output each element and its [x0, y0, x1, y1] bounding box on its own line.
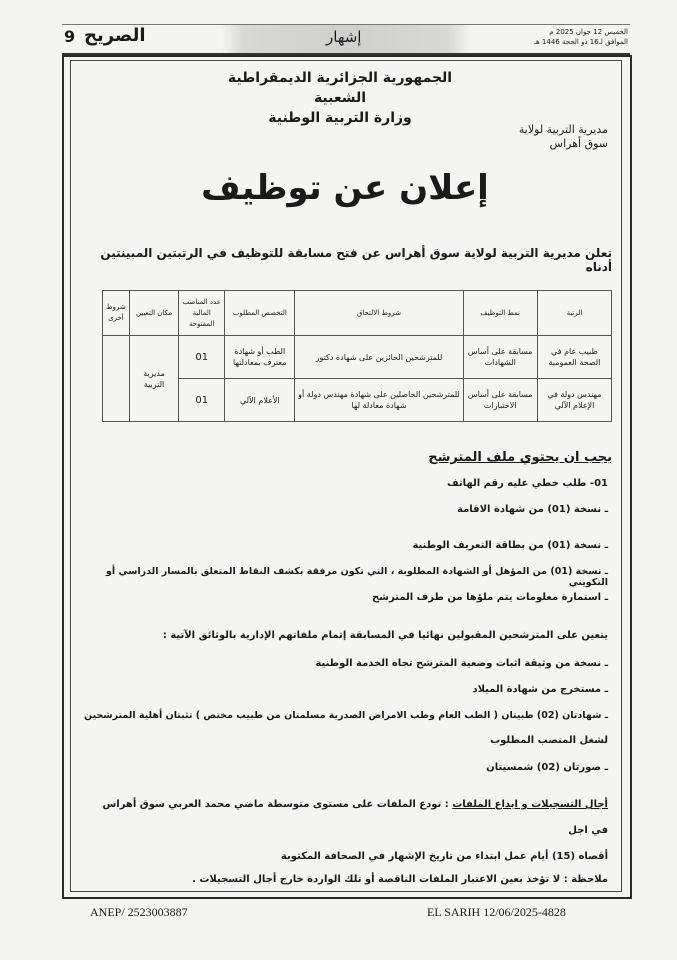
cell-mode: مسابقة على أساس الاختبارات — [463, 379, 537, 422]
page-number: 9 — [64, 27, 75, 46]
cell-rank: طبيب عام في الصحة العمومية — [537, 336, 611, 379]
section-label: إشهار — [326, 28, 361, 46]
col-mode: نمط التوظيف — [463, 291, 537, 336]
candidate-file-title: يجب ان يحتوي ملف المترشح — [428, 450, 612, 465]
directorate-line-2: سوق أهراس — [519, 137, 608, 151]
cell-conditions: للمترشحين الحائزين على شهادة دكتور — [295, 336, 463, 379]
newspaper-name: الصريح — [84, 25, 146, 46]
final-doc-item: ـ مستخرج من شهادة الميلاد — [472, 684, 608, 695]
table-row: مهندس دولة في الإعلام الآلي مسابقة على أ… — [103, 379, 612, 422]
cell-mode: مسابقة على أساس الشهادات — [463, 336, 537, 379]
col-other: شروط أخرى — [103, 291, 130, 336]
deadline-text-2: أقصاه (15) أيام عمل ابتداء من تاريخ الإش… — [88, 844, 608, 870]
cell-posts: 01 — [179, 379, 225, 422]
cell-conditions: للمترشحين الحاصلين على شهادة مهندس دولة … — [295, 379, 463, 422]
file-item: 01- طلب خطي عليه رقم الهاتف — [447, 478, 608, 489]
cell-rank: مهندس دولة في الإعلام الآلي — [537, 379, 611, 422]
file-item: ـ نسخة (01) من شهادة الاقامة — [457, 504, 608, 515]
anep-reference: ANEP/ 2523003887 — [90, 905, 188, 920]
issue-date-gregorian: الخميس 12 جوان 2025 م — [534, 27, 628, 37]
announcement-body: الجمهورية الجزائرية الديمقراطية الشعبية … — [70, 60, 620, 890]
col-posts: عدد المناصب المالية المفتوحة — [179, 291, 225, 336]
col-location: مكان التعيين — [129, 291, 178, 336]
deadline-section: أجال التسجيلات و ايداع الملفات : تودع ال… — [88, 792, 608, 870]
note: ملاحظة : لا تؤخذ بعين الاعتبار الملفات ا… — [192, 874, 608, 885]
final-doc-item: ـ شهادتان (02) طبيتان ( الطب العام وطب ا… — [84, 710, 608, 721]
announcement-title: إعلان عن توظيف — [70, 168, 620, 208]
positions-table: الرتبة نمط التوظيف شروط الالتحاق التخصص … — [102, 290, 612, 422]
government-heading: الجمهورية الجزائرية الديمقراطية الشعبية … — [210, 68, 470, 128]
final-doc-item: ـ نسخة من وثيقة اثبات وضعية المترشح تجاه… — [315, 658, 608, 669]
deadline-label: أجال التسجيلات و ايداع الملفات — [452, 799, 608, 810]
file-item: ـ استمارة معلومات يتم ملؤها من طرف المتر… — [372, 592, 608, 603]
directorate-line-1: مديرية التربية لولاية — [519, 123, 608, 137]
col-conditions: شروط الالتحاق — [295, 291, 463, 336]
table-header-row: الرتبة نمط التوظيف شروط الالتحاق التخصص … — [103, 291, 612, 336]
final-doc-item: ـ صورتان (02) شمسيتان — [486, 762, 608, 773]
issue-date-hijri: الموافق لـ16 ذو الحجة 1446 هـ — [534, 37, 628, 47]
directorate: مديرية التربية لولاية سوق أهراس — [519, 123, 608, 151]
col-specialty: التخصص المطلوب — [225, 291, 295, 336]
announcement-intro: تعلن مديرية التربية لولاية سوق أهراس عن … — [70, 246, 612, 274]
final-doc-item: لشغل المنصب المطلوب — [490, 735, 608, 746]
cell-specialty: الأعلام الآلي — [225, 379, 295, 422]
issue-date: الخميس 12 جوان 2025 م الموافق لـ16 ذو ال… — [534, 27, 628, 47]
cell-posts: 01 — [179, 336, 225, 379]
ministry-name: وزارة التربية الوطنية — [210, 108, 470, 128]
final-admission-intro: يتعين على المترشحين المقبولين نهائيا في … — [163, 630, 608, 641]
file-item: ـ نسخة (01) من بطاقة التعريف الوطنية — [412, 540, 608, 551]
cell-other — [103, 336, 130, 422]
cell-location: مديرية التربية — [129, 336, 178, 422]
newspaper-header: 9 الصريح إشهار الخميس 12 جوان 2025 م الم… — [62, 24, 630, 55]
table-row: طبيب عام في الصحة العمومية مسابقة على أس… — [103, 336, 612, 379]
col-rank: الرتبة — [537, 291, 611, 336]
cell-specialty: الطب أو شهادة معترف بمعادلتها — [225, 336, 295, 379]
republic-name: الجمهورية الجزائرية الديمقراطية الشعبية — [210, 68, 470, 108]
publication-reference: EL SARIH 12/06/2025-4828 — [427, 905, 566, 920]
file-item: ـ نسخة (01) من المؤهل أو الشهادة المطلوب… — [70, 566, 608, 588]
